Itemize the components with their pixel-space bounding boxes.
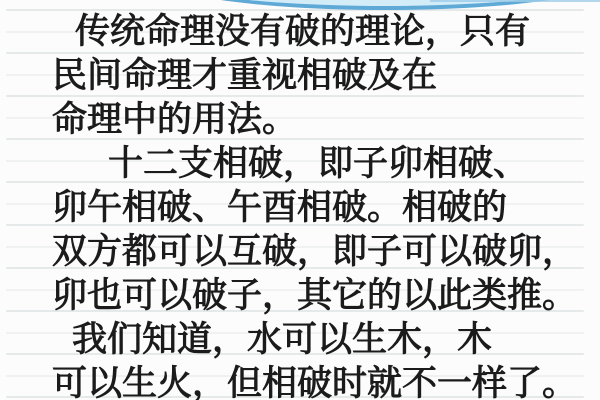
body-text: 传统命理没有破的理论，只有民间命理才重视相破及在命理中的用法。十二支相破，即子卯…	[52, 10, 592, 400]
text-line: 双方都可以互破，即子可以破卯，	[52, 230, 592, 274]
text-line: 可以生火，但相破时就不一样了。	[52, 362, 592, 400]
text-line: 传统命理没有破的理论，只有	[52, 10, 592, 54]
text-line: 十二支相破，即子卯相破、	[52, 142, 592, 186]
text-line: 卯午相破、午酉相破。相破的	[52, 186, 592, 230]
text-line: 我们知道，水可以生木，木	[52, 318, 592, 362]
text-line: 命理中的用法。	[52, 98, 592, 142]
screenshot-root: 传统命理没有破的理论，只有民间命理才重视相破及在命理中的用法。十二支相破，即子卯…	[0, 0, 600, 400]
speech-bubble-edge-hairline	[430, 0, 600, 2]
text-line: 民间命理才重视相破及在	[52, 54, 592, 98]
text-line: 卯也可以破子，其它的以此类推。	[52, 274, 592, 318]
